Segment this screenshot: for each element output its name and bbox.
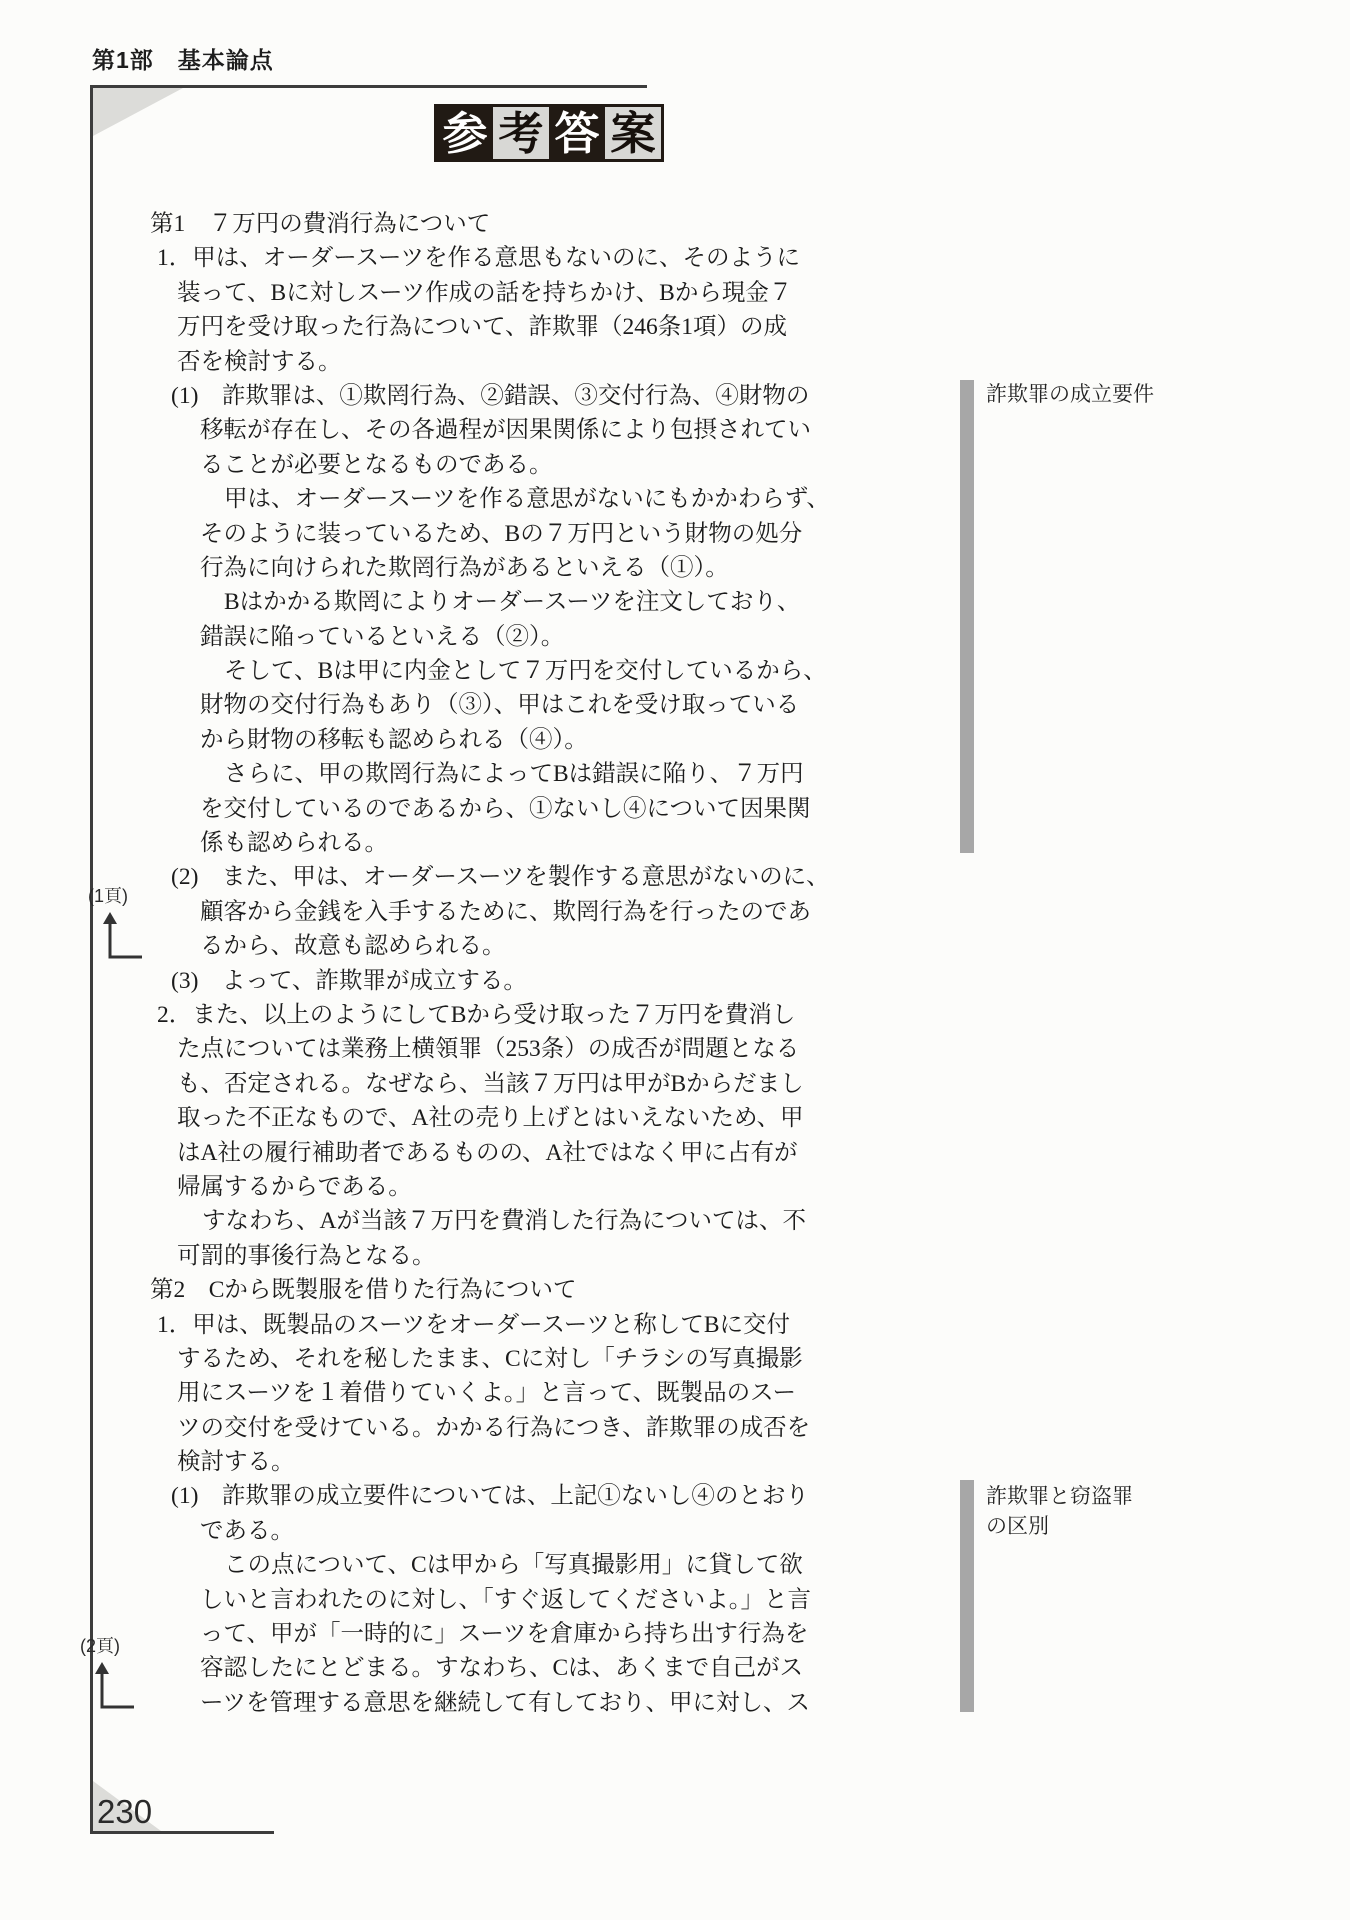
header-rule <box>90 85 647 88</box>
text-line: (1) 詐欺罪は、①欺罔行為、②錯誤、③交付行為、④財物の <box>171 379 870 413</box>
page-number: 230 <box>97 1793 152 1831</box>
text-line: (1) 詐欺罪の成立要件については、上記①ないし④のとおり <box>171 1479 870 1513</box>
text-line: Bはかかる欺罔によりオーダースーツを注文しており、 <box>224 585 870 619</box>
text-line: を交付しているのであるから、①ないし④について因果関 <box>200 792 870 826</box>
text-line: 用にスーツを１着借りていくよ。」と言って、既製品のスー <box>177 1376 870 1410</box>
text-line: である。 <box>200 1514 870 1548</box>
margin-highlight-bar-1 <box>960 380 974 853</box>
text-line: 可罰的事後行為となる。 <box>177 1239 870 1273</box>
text-line: そして、Bは甲に内金として７万円を交付しているから、 <box>224 654 870 688</box>
text-line: 第1 ７万円の費消行為について <box>150 207 870 241</box>
title-char: 参 <box>437 107 493 159</box>
text-line: 甲は、オーダースーツを作る意思がないにもかかわらず、 <box>224 482 870 516</box>
text-line: 容認したにとどまる。すなわち、Cは、あくまで自己がス <box>200 1651 870 1685</box>
margin-highlight-bar-2 <box>960 1480 974 1712</box>
text-line: 錯誤に陥っているといえる（②）。 <box>200 620 870 654</box>
text-line: た点については業務上横領罪（253条）の成否が問題となる <box>177 1032 870 1066</box>
text-line: 1．甲は、既製品のスーツをオーダースーツと称してBに交付 <box>157 1308 870 1342</box>
margin-note-line: 詐欺罪と窃盗罪 <box>986 1482 1133 1512</box>
text-line: から財物の移転も認められる（④）。 <box>200 723 870 757</box>
answer-body-text: 第1 ７万円の費消行為について1．甲は、オーダースーツを作る意思もないのに、その… <box>150 207 870 1720</box>
margin-note-fraud-vs-theft: 詐欺罪と窃盗罪の区別 <box>986 1482 1133 1542</box>
text-line: 移転が存在し、その各過程が因果関係により包摂されてい <box>200 413 870 447</box>
text-line: ツの交付を受けている。かかる行為につき、詐欺罪の成否を <box>177 1411 870 1445</box>
page-break-arrow-icon <box>100 912 146 964</box>
text-line: 2．また、以上のようにしてBから受け取った７万円を費消し <box>157 998 870 1032</box>
footer-rule <box>90 1831 274 1834</box>
section-title-reference-answer: 参考答案 <box>434 104 664 162</box>
text-line: この点について、Cは甲から「写真撮影用」に貸して欲 <box>224 1548 870 1582</box>
page-break-marker-1: (1頁) <box>88 882 146 964</box>
text-line: 係も認められる。 <box>200 826 870 860</box>
text-line: さらに、甲の欺罔行為によってBは錯誤に陥り、７万円 <box>224 757 870 791</box>
text-line: ることが必要となるものである。 <box>200 448 870 482</box>
page-break-arrow-icon <box>92 1662 138 1714</box>
text-line: (2) また、甲は、オーダースーツを製作する意思がないのに、 <box>171 860 870 894</box>
title-char: 案 <box>605 107 661 159</box>
text-line: 1．甲は、オーダースーツを作る意思もないのに、そのように <box>157 241 870 275</box>
text-line: 検討する。 <box>177 1445 870 1479</box>
margin-note-line: の区別 <box>986 1512 1133 1542</box>
text-line: 顧客から金銭を入手するために、欺罔行為を行ったのであ <box>200 895 870 929</box>
text-line: そのように装っているため、Bの７万円という財物の処分 <box>200 517 870 551</box>
title-char: 考 <box>493 107 549 159</box>
margin-note-fraud-elements: 詐欺罪の成立要件 <box>986 380 1154 410</box>
page-break-marker-2: (2頁) <box>80 1632 138 1714</box>
text-line: 帰属するからである。 <box>177 1170 870 1204</box>
chapter-header: 第1部 基本論点 <box>92 42 274 75</box>
text-line: ーツを管理する意思を継続して有しており、甲に対し、ス <box>200 1686 870 1720</box>
text-line: 財物の交付行為もあり（③）、甲はこれを受け取っている <box>200 688 870 722</box>
text-line: も、否定される。なぜなら、当該７万円は甲がBからだまし <box>177 1067 870 1101</box>
text-line: するため、それを秘したまま、Cに対し「チラシの写真撮影 <box>177 1342 870 1376</box>
text-line: 装って、Bに対しスーツ作成の話を持ちかけ、Bから現金７ <box>177 276 870 310</box>
text-line: 否を検討する。 <box>177 345 870 379</box>
book-page: 第1部 基本論点 230 参考答案 第1 ７万円の費消行為について1．甲は、オー… <box>0 0 1350 1920</box>
text-line: しいと言われたのに対し、「すぐ返してくださいよ。」と言 <box>200 1583 870 1617</box>
text-line: はA社の履行補助者であるものの、A社ではなく甲に占有が <box>177 1136 870 1170</box>
title-char: 答 <box>549 107 605 159</box>
text-line: って、甲が「一時的に」スーツを倉庫から持ち出す行為を <box>200 1617 870 1651</box>
text-line: るから、故意も認められる。 <box>200 929 870 963</box>
text-line: 取った不正なもので、A社の売り上げとはいえないため、甲 <box>177 1101 870 1135</box>
text-line: 万円を受け取った行為について、詐欺罪（246条1項）の成 <box>177 310 870 344</box>
corner-triangle-top <box>93 88 183 136</box>
text-line: すなわち、Aが当該７万円を費消した行為については、不 <box>202 1204 870 1238</box>
page-break-label: (2頁) <box>80 1636 120 1656</box>
text-line: 行為に向けられた欺罔行為があるといえる（①）。 <box>200 551 870 585</box>
text-line: (3) よって、詐欺罪が成立する。 <box>171 964 870 998</box>
margin-note-line: 詐欺罪の成立要件 <box>986 380 1154 410</box>
page-break-label: (1頁) <box>88 886 128 906</box>
text-line: 第2 Cから既製服を借りた行為について <box>150 1273 870 1307</box>
